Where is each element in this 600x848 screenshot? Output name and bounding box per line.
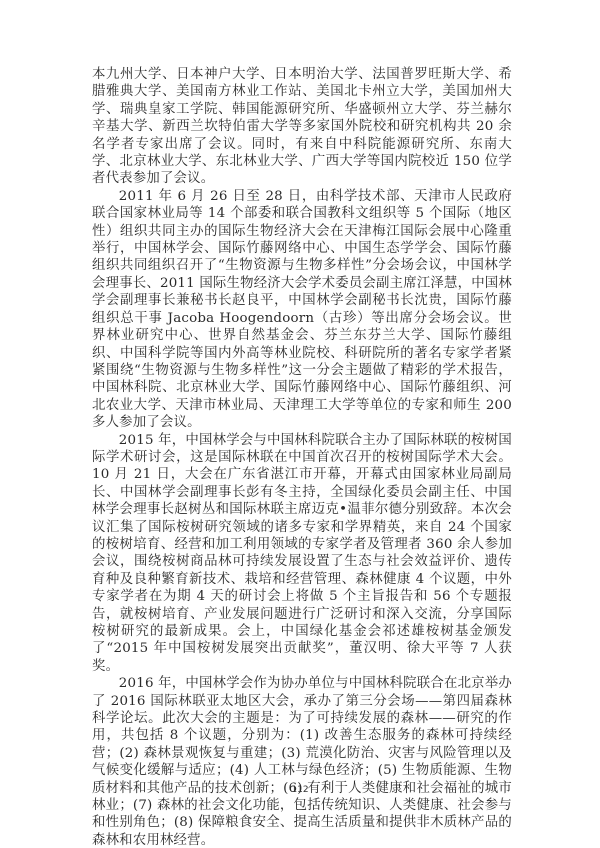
paragraph-2016-iufro-asia-pacific: 2016 年，中国林学会作为协办单位与中国林科院联合在北京举办了 2016 国际… [92, 675, 512, 848]
page-number: 112 [0, 785, 600, 795]
paragraph-2015-eucalyptus-conference: 2015 年，中国林学会与中国林科院联合主办了国际林联的桉树国际学术研讨会，这是… [92, 432, 512, 676]
document-body: 本九州大学、日本神户大学、日本明治大学、法国普罗旺斯大学、希腊雅典大学、美国南方… [92, 66, 512, 848]
paragraph-2011-bioeconomy-congress: 2011 年 6 月 26 日至 28 日，由科学技术部、天津市人民政府联合国家… [92, 188, 512, 432]
paragraph-continued-institutions: 本九州大学、日本神户大学、日本明治大学、法国普罗旺斯大学、希腊雅典大学、美国南方… [92, 66, 512, 188]
